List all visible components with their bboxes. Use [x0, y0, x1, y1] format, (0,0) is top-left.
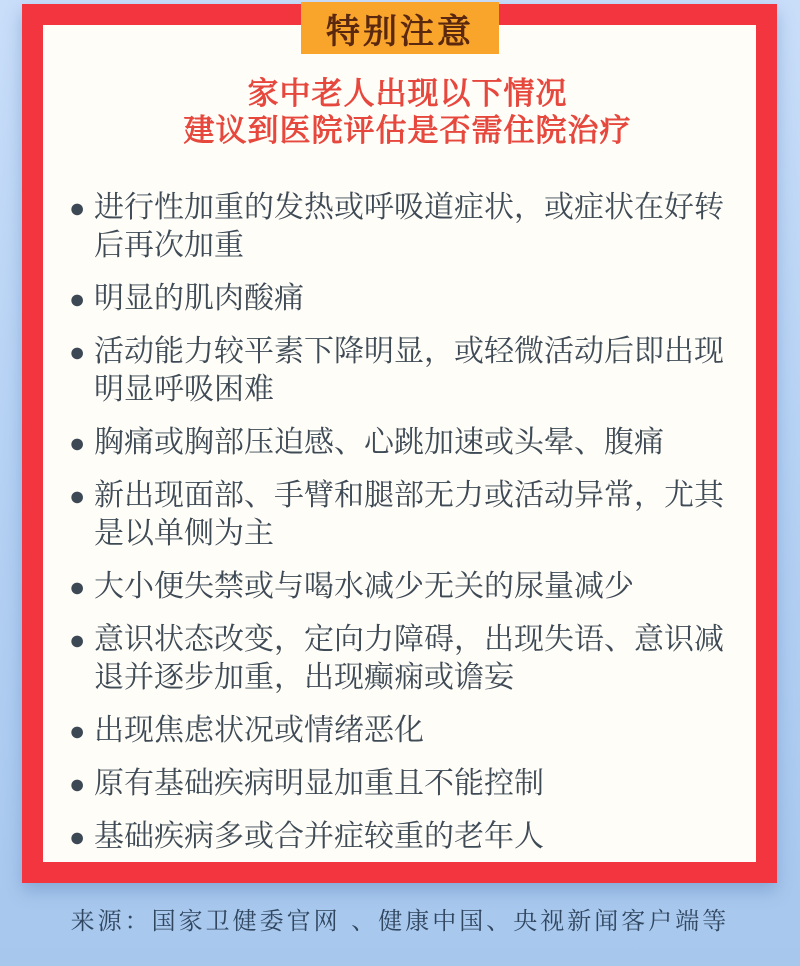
bullet-icon: ● — [69, 712, 94, 750]
list-item: ● 明显的肌肉酸痛 — [69, 280, 746, 318]
infographic-page: 特别注意 家中老人出现以下情况 建议到医院评估是否需住院治疗 ● 进行性加重的发… — [0, 0, 800, 966]
bullet-icon: ● — [69, 477, 94, 515]
list-item: ● 大小便失禁或与喝水减少无关的尿量减少 — [69, 568, 746, 606]
notice-panel: 家中老人出现以下情况 建议到医院评估是否需住院治疗 ● 进行性加重的发热或呼吸道… — [22, 4, 777, 883]
bullet-icon: ● — [69, 765, 94, 803]
list-item: ● 胸痛或胸部压迫感、心跳加速或头晕、腹痛 — [69, 424, 746, 462]
badge-label: 特别注意 — [326, 4, 474, 53]
bullet-icon: ● — [69, 280, 94, 318]
list-item: ● 基础疾病多或合并症较重的老年人 — [69, 818, 746, 856]
bullet-icon: ● — [69, 568, 94, 606]
title-line-2: 建议到医院评估是否需住院治疗 — [69, 112, 746, 149]
list-item: ● 进行性加重的发热或呼吸道症状，或症状在好转后再次加重 — [69, 189, 746, 265]
title-line-1: 家中老人出现以下情况 — [69, 75, 746, 112]
list-item-text: 活动能力较平素下降明显，或轻微活动后即出现明显呼吸困难 — [94, 333, 736, 409]
source-attribution: 来源：国家卫健委官网 、健康中国、央视新闻客户端等 — [0, 901, 800, 936]
bullet-icon: ● — [69, 333, 94, 371]
panel-title: 家中老人出现以下情况 建议到医院评估是否需住院治疗 — [69, 75, 746, 149]
list-item-text: 明显的肌肉酸痛 — [94, 280, 736, 318]
list-item-text: 新出现面部、手臂和腿部无力或活动异常，尤其是以单侧为主 — [94, 477, 736, 553]
list-item: ● 原有基础疾病明显加重且不能控制 — [69, 765, 746, 803]
symptom-list: ● 进行性加重的发热或呼吸道症状，或症状在好转后再次加重 ● 明显的肌肉酸痛 ●… — [69, 189, 746, 856]
list-item: ● 活动能力较平素下降明显，或轻微活动后即出现明显呼吸困难 — [69, 333, 746, 409]
list-item: ● 意识状态改变，定向力障碍，出现失语、意识减退并逐步加重，出现癫痫或谵妄 — [69, 621, 746, 697]
list-item-text: 出现焦虑状况或情绪恶化 — [94, 712, 736, 750]
list-item-text: 进行性加重的发热或呼吸道症状，或症状在好转后再次加重 — [94, 189, 736, 265]
list-item-text: 大小便失禁或与喝水减少无关的尿量减少 — [94, 568, 736, 606]
list-item-text: 原有基础疾病明显加重且不能控制 — [94, 765, 736, 803]
special-attention-badge: 特别注意 — [301, 2, 499, 54]
list-item-text: 意识状态改变，定向力障碍，出现失语、意识减退并逐步加重，出现癫痫或谵妄 — [94, 621, 736, 697]
bullet-icon: ● — [69, 818, 94, 856]
list-item: ● 新出现面部、手臂和腿部无力或活动异常，尤其是以单侧为主 — [69, 477, 746, 553]
panel-content: 家中老人出现以下情况 建议到医院评估是否需住院治疗 ● 进行性加重的发热或呼吸道… — [43, 25, 756, 862]
list-item-text: 基础疾病多或合并症较重的老年人 — [94, 818, 736, 856]
bullet-icon: ● — [69, 424, 94, 462]
list-item-text: 胸痛或胸部压迫感、心跳加速或头晕、腹痛 — [94, 424, 736, 462]
bullet-icon: ● — [69, 621, 94, 659]
list-item: ● 出现焦虑状况或情绪恶化 — [69, 712, 746, 750]
bullet-icon: ● — [69, 189, 94, 227]
